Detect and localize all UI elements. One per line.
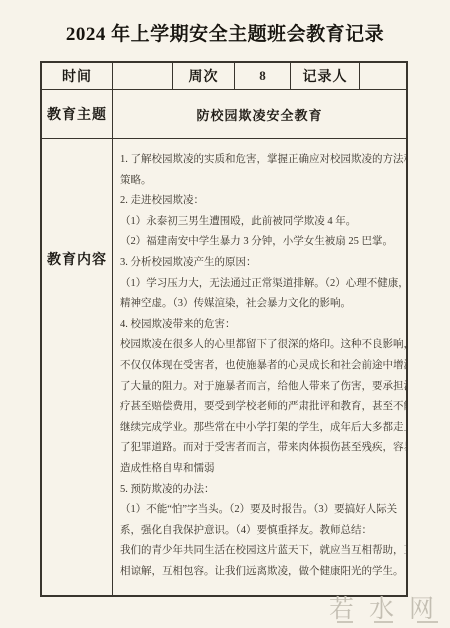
- theme-label: 教育主题: [47, 104, 107, 124]
- content-label-cell: 教育内容: [42, 139, 113, 595]
- content-line: 疗甚至赔偿费用，要受到学校老师的严肃批评和教育，甚至不能: [120, 397, 401, 418]
- content-line: 5. 预防欺凌的办法：: [120, 480, 401, 501]
- page-title: 2024 年上学期安全主题班会教育记录: [0, 19, 450, 46]
- content-line: 不仅仅体现在受害者，也使施暴者的心灵成长和社会前途中增添: [120, 356, 401, 377]
- time-label: 时间: [62, 66, 92, 86]
- content-line: 了大量的阻力。对于施暴者而言，给他人带来了伤害，要承担治: [120, 377, 401, 398]
- content-line: （2）福建南安中学生暴力 3 分钟，小学女生被扇 25 巴掌。: [120, 232, 401, 253]
- content-line: 1. 了解校园欺凌的实质和危害，掌握正确应对校园欺凌的方法和: [120, 150, 401, 171]
- content-label: 教育内容: [47, 249, 107, 269]
- content-line: 3. 分析校园欺凌产生的原因：: [120, 253, 401, 274]
- content-line: 相谅解，互相包容。让我们远离欺凌，做个健康阳光的学生。: [120, 562, 401, 583]
- content-text-cell: 1. 了解校园欺凌的实质和危害，掌握正确应对校园欺凌的方法和策略。2. 走进校园…: [113, 139, 406, 595]
- recorder-label-cell: 记录人: [291, 63, 360, 89]
- content-line: （1）学习压力大，无法通过正常渠道排解。（2）心理不健康，: [120, 274, 401, 295]
- time-value-cell: [113, 63, 173, 89]
- content-line: 继续完成学业。那些常在中小学打架的学生，成年后大多都走上: [120, 418, 401, 439]
- recorder-label: 记录人: [303, 66, 348, 86]
- watermark-subtext-mark: [417, 621, 438, 623]
- content-line: 我们的青少年共同生活在校园这片蓝天下，就应当互相帮助，互: [120, 541, 401, 562]
- content-line: 4. 校园欺凌带来的危害：: [120, 315, 401, 336]
- content-line: （1）不能“怕”字当头。（2）要及时报告。（3）要搞好人际关: [120, 500, 401, 521]
- week-value: 8: [259, 68, 266, 84]
- week-label: 周次: [189, 66, 219, 86]
- content-line: 精神空虚。（3）传媒渲染，社会暴力文化的影响。: [120, 294, 401, 315]
- content-line: 了犯罪道路。而对于受害者而言，带来肉体损伤甚至残疾，容易: [120, 438, 401, 459]
- recorder-value-cell: [360, 63, 406, 89]
- content-row: 教育内容 1. 了解校园欺凌的实质和危害，掌握正确应对校园欺凌的方法和策略。2.…: [42, 139, 406, 595]
- week-value-cell: 8: [235, 63, 291, 89]
- watermark-subtext-mark: [374, 621, 393, 623]
- content-line: 系，强化自我保护意识。（4）要慎重择友。教师总结：: [120, 521, 401, 542]
- content-line: 策略。: [120, 171, 401, 192]
- document-page: 2024 年上学期安全主题班会教育记录 时间 周次 8 记录人: [0, 0, 450, 628]
- theme-value-cell: 防校园欺凌安全教育: [113, 90, 406, 138]
- theme-label-cell: 教育主题: [42, 90, 113, 138]
- week-label-cell: 周次: [173, 63, 235, 89]
- content-line: （1）永泰初三男生遭围殴，此前被同学欺凌 4 年。: [120, 212, 401, 233]
- content-line: 造成性格自卑和懦弱: [120, 459, 401, 480]
- theme-row: 教育主题 防校园欺凌安全教育: [42, 90, 406, 139]
- record-form-table: 时间 周次 8 记录人 教育主题 防校园欺凌安全教育: [40, 61, 408, 597]
- content-line: 2. 走进校园欺凌：: [120, 191, 401, 212]
- time-label-cell: 时间: [42, 63, 113, 89]
- watermark-subtext-mark: [337, 621, 353, 623]
- theme-value: 防校园欺凌安全教育: [196, 105, 322, 124]
- header-row: 时间 周次 8 记录人: [42, 63, 406, 90]
- content-line: 校园欺凌在很多人的心里都留下了很深的烙印。这种不良影响，: [120, 335, 401, 356]
- watermark-text: 若水网: [329, 589, 449, 625]
